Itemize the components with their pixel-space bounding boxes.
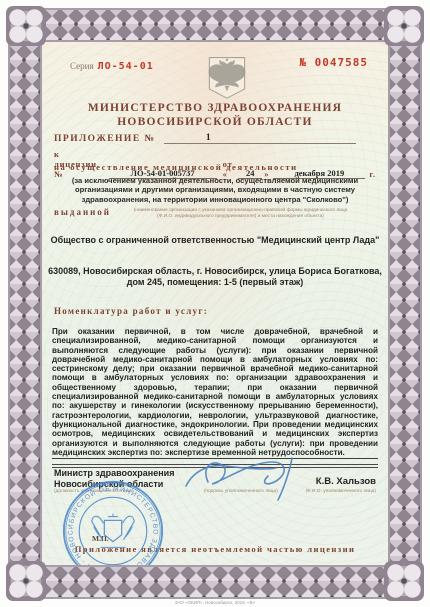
border-corner-rosette [384,561,424,601]
appendix-fill-line: 1 [164,133,356,144]
organization-address: 630089, Новосибирская область, г. Новоси… [46,266,384,287]
works-services-text: При оказании первичной, в том числе довр… [52,327,378,459]
issued-label: выданной [54,207,111,220]
signer-position-line1: Министр здравоохранения [54,468,199,479]
border-corner-rosette [6,6,46,46]
border-right-ornament [388,44,422,563]
ministry-line2: НОВОСИБИРСКОЙ ОБЛАСТИ [40,116,390,130]
organization-name: Общество с ограниченной ответственностью… [50,235,380,245]
issued-note-line2: (Ф.И.О. индивидуального предпринимателя)… [111,214,370,220]
printer-imprint: ЗАО «ОКИЛ», Новосибирск, 2019, «В» [0,600,430,605]
border-left-ornament [8,44,42,563]
issued-row: выданной (наименование организации с ука… [54,207,370,220]
header-top-row: СерияЛО-54-01 № 0047585 [70,56,368,104]
border-corner-rosette [6,561,46,601]
appendix-value: 1 [206,133,211,143]
russia-coat-of-arms-icon [204,54,250,104]
license-appendix-document: { "doc": { "series_label": "Серия", "ser… [0,0,430,607]
ministry-line1: МИНИСТЕРСТВО ЗДРАВООХРАНЕНИЯ [40,102,390,116]
appendix-row: ПРИЛОЖЕНИЕ № 1 [54,133,356,144]
document-number: № 0047585 [299,56,368,69]
handwritten-signature [180,452,340,502]
certificate-paper: СерияЛО-54-01 № 0047585 МИНИСТЕРСТВО ЗДР… [40,40,390,567]
emblem-wrap [154,54,300,104]
nomenclature-label: Номенклатура работ и услуг: [54,306,208,316]
border-top-ornament [44,8,386,42]
date-year-suffix: г. [369,169,376,179]
ministry-heading: МИНИСТЕРСТВО ЗДРАВООХРАНЕНИЯ НОВОСИБИРСК… [40,102,390,129]
appendix-label: ПРИЛОЖЕНИЕ № [54,134,156,144]
issued-notes: (наименование организации с указанием ор… [111,208,370,220]
series-block: СерияЛО-54-01 [70,56,154,74]
border-bottom-ornament [44,565,386,599]
activity-exclusion-note: (за исключением указанной деятельности, … [66,176,364,204]
border-corner-rosette [384,6,424,46]
series-value: ЛО-54-01 [98,61,154,72]
works-services-section: При оказании первичной, в том числе довр… [52,327,378,468]
issued-note-line1: (наименование организации с указанием ор… [111,208,370,214]
activity-line: на осуществление медицинской деятельност… [54,162,298,172]
series-label: Серия [70,61,94,71]
